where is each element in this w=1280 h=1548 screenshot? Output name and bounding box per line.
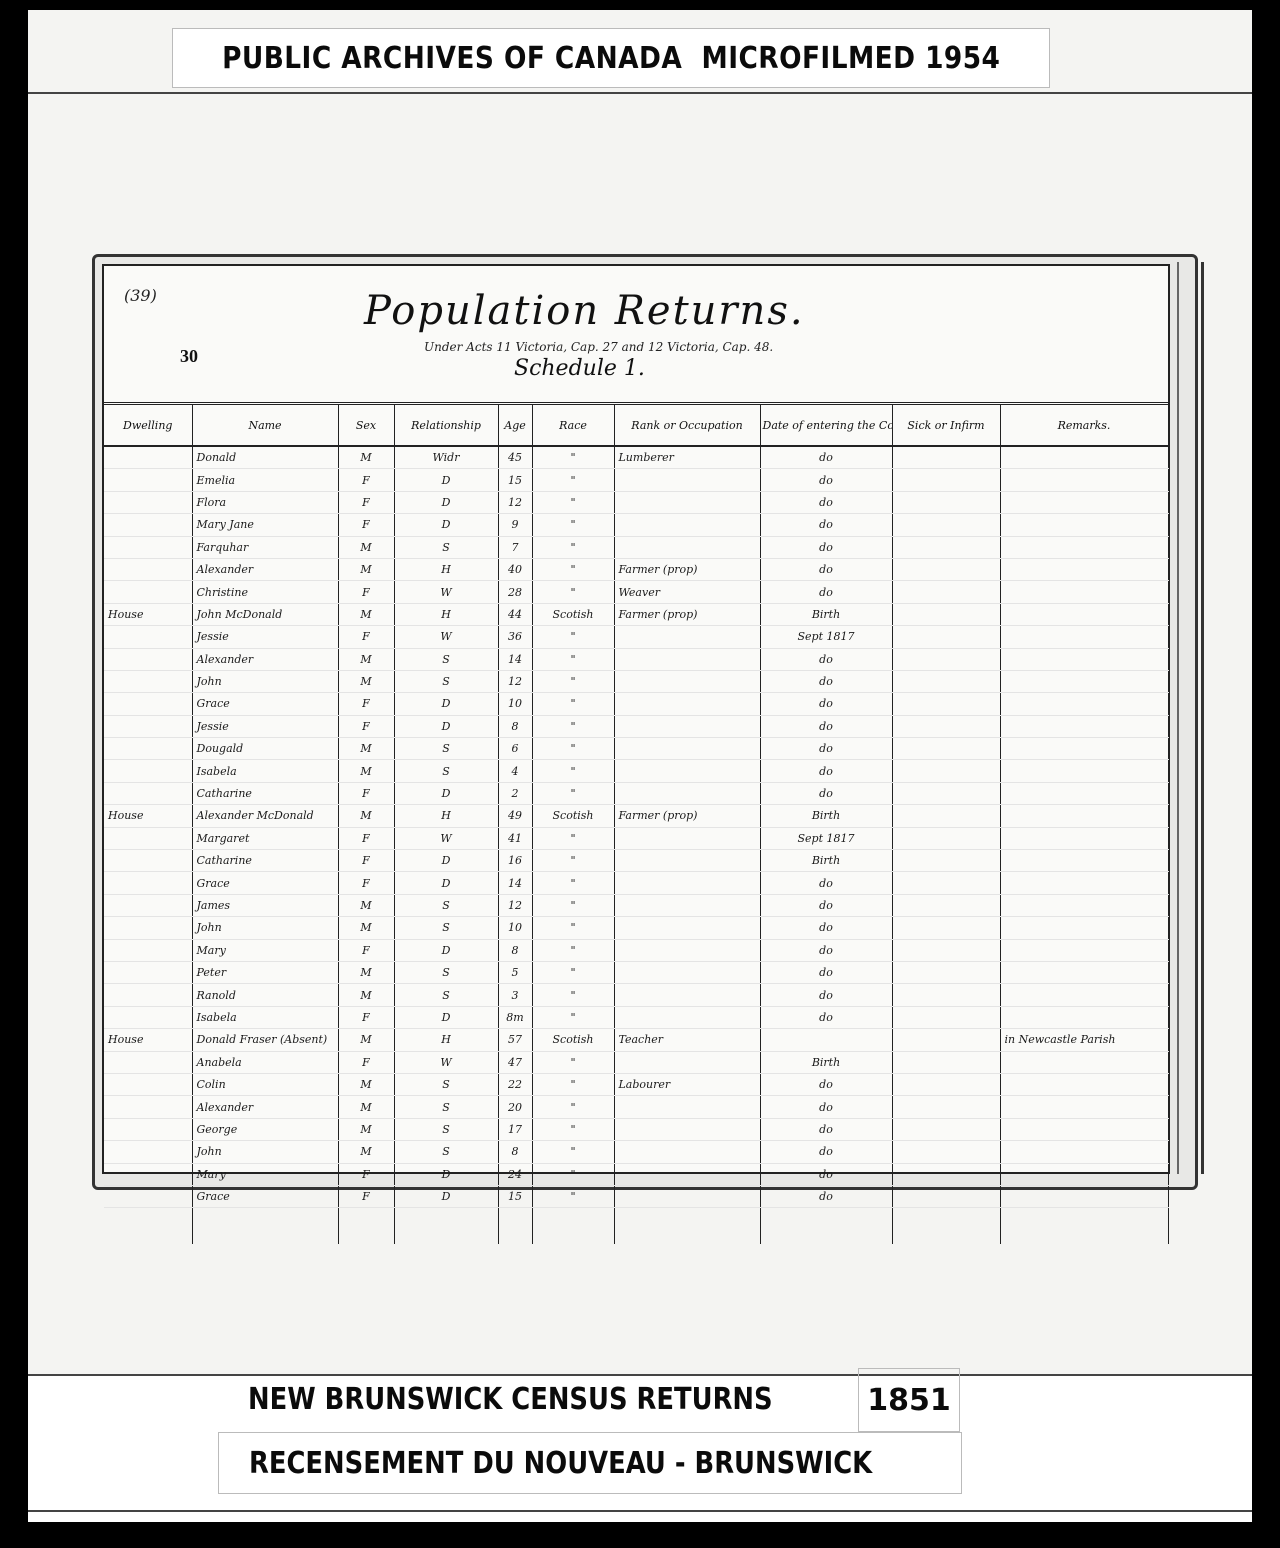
age-cell: 24 <box>498 1163 532 1185</box>
census-title-fr-banner: RECENSEMENT DU NOUVEAU - BRUNSWICK <box>218 1432 962 1494</box>
age-cell: 15 <box>498 1185 532 1207</box>
sick-cell <box>892 872 1000 894</box>
dwelling-cell <box>104 558 192 580</box>
sex-cell: M <box>338 894 394 916</box>
sex-cell: F <box>338 1051 394 1073</box>
name-cell: Donald <box>192 446 338 469</box>
race-cell: " <box>532 1051 614 1073</box>
col-remarks: Remarks. <box>1000 404 1168 447</box>
sick-cell <box>892 917 1000 939</box>
remarks-cell <box>1000 514 1168 536</box>
relationship-cell: D <box>394 693 498 715</box>
table-row: DonaldMWidr45"Lumbererdo <box>104 446 1168 469</box>
date-cell: do <box>760 939 892 961</box>
relationship-cell: D <box>394 939 498 961</box>
dwelling-cell <box>104 782 192 804</box>
sick-cell <box>892 715 1000 737</box>
age-cell: 8 <box>498 939 532 961</box>
dwelling-cell <box>104 1051 192 1073</box>
table-row: MaryFD24"do <box>104 1163 1168 1185</box>
remarks-cell <box>1000 872 1168 894</box>
table-row: JessieFW36"Sept 1817 <box>104 626 1168 648</box>
blank-cell <box>498 1208 532 1245</box>
date-cell: Sept 1817 <box>760 626 892 648</box>
sex-cell: M <box>338 670 394 692</box>
sick-cell <box>892 1073 1000 1095</box>
name-cell: John <box>192 917 338 939</box>
date-cell: Birth <box>760 805 892 827</box>
sick-cell <box>892 984 1000 1006</box>
race-cell: " <box>532 872 614 894</box>
dwelling-cell <box>104 827 192 849</box>
occupation-cell: Farmer (prop) <box>614 603 760 625</box>
page-number: 30 <box>180 346 198 367</box>
age-cell: 28 <box>498 581 532 603</box>
occupation-cell <box>614 648 760 670</box>
sex-cell: M <box>338 984 394 1006</box>
table-row: DougaldMS6"do <box>104 738 1168 760</box>
dwelling-cell <box>104 1141 192 1163</box>
age-cell: 49 <box>498 805 532 827</box>
census-title-banner: NEW BRUNSWICK CENSUS RETURNS 1851 <box>218 1368 932 1430</box>
remarks-cell <box>1000 961 1168 983</box>
blank-cell <box>1000 1208 1168 1245</box>
table-row: GeorgeMS17"do <box>104 1118 1168 1140</box>
date-cell: do <box>760 693 892 715</box>
remarks-cell <box>1000 1141 1168 1163</box>
blank-cell <box>614 1208 760 1245</box>
relationship-cell: D <box>394 872 498 894</box>
sick-cell <box>892 1141 1000 1163</box>
age-cell: 12 <box>498 894 532 916</box>
age-cell: 8 <box>498 1141 532 1163</box>
date-cell: do <box>760 1073 892 1095</box>
dwelling-cell <box>104 693 192 715</box>
sex-cell: F <box>338 514 394 536</box>
remarks-cell <box>1000 603 1168 625</box>
race-cell: " <box>532 1118 614 1140</box>
sex-cell: M <box>338 1073 394 1095</box>
archive-banner: PUBLIC ARCHIVES OF CANADA MICROFILMED 19… <box>172 28 1050 88</box>
col-sex: Sex <box>338 404 394 447</box>
remarks-cell <box>1000 581 1168 603</box>
table-body: DonaldMWidr45"LumbererdoEmeliaFD15"doFlo… <box>104 446 1168 1244</box>
age-cell: 15 <box>498 469 532 491</box>
relationship-cell: S <box>394 1073 498 1095</box>
race-cell: " <box>532 984 614 1006</box>
sex-cell: F <box>338 1185 394 1207</box>
date-cell: do <box>760 469 892 491</box>
sick-cell <box>892 1051 1000 1073</box>
race-cell: " <box>532 1163 614 1185</box>
remarks-cell <box>1000 1096 1168 1118</box>
occupation-cell <box>614 917 760 939</box>
occupation-cell: Farmer (prop) <box>614 805 760 827</box>
sick-cell <box>892 1006 1000 1028</box>
table-row: Mary JaneFD9"do <box>104 514 1168 536</box>
age-cell: 10 <box>498 917 532 939</box>
sex-cell: M <box>338 961 394 983</box>
table-row: ChristineFW28"Weaverdo <box>104 581 1168 603</box>
age-cell: 9 <box>498 514 532 536</box>
occupation-cell: Weaver <box>614 581 760 603</box>
page-subtitle: Under Acts 11 Victoria, Cap. 27 and 12 V… <box>424 340 773 354</box>
date-cell: do <box>760 1163 892 1185</box>
remarks-cell <box>1000 1073 1168 1095</box>
occupation-cell <box>614 939 760 961</box>
race-cell: " <box>532 558 614 580</box>
table-row: CatharineFD16"Birth <box>104 850 1168 872</box>
relationship-cell: D <box>394 1163 498 1185</box>
name-cell: Alexander McDonald <box>192 805 338 827</box>
sex-cell: F <box>338 872 394 894</box>
sick-cell <box>892 1029 1000 1051</box>
remarks-cell <box>1000 738 1168 760</box>
dwelling-cell <box>104 760 192 782</box>
name-cell: Alexander <box>192 648 338 670</box>
remarks-cell <box>1000 805 1168 827</box>
table-row: JessieFD8"do <box>104 715 1168 737</box>
sick-cell <box>892 1096 1000 1118</box>
name-cell: James <box>192 894 338 916</box>
remarks-cell <box>1000 1163 1168 1185</box>
col-sick-infirm: Sick or Infirm <box>892 404 1000 447</box>
dwelling-cell <box>104 1118 192 1140</box>
date-cell: do <box>760 760 892 782</box>
sex-cell: F <box>338 782 394 804</box>
date-cell: do <box>760 1006 892 1028</box>
occupation-cell: Lumberer <box>614 446 760 469</box>
date-cell: do <box>760 670 892 692</box>
date-cell: do <box>760 581 892 603</box>
relationship-cell: S <box>394 1141 498 1163</box>
date-cell: Birth <box>760 850 892 872</box>
sex-cell: M <box>338 446 394 469</box>
occupation-cell <box>614 536 760 558</box>
sick-cell <box>892 961 1000 983</box>
name-cell: Christine <box>192 581 338 603</box>
table-row: AnabelaFW47"Birth <box>104 1051 1168 1073</box>
sex-cell: F <box>338 715 394 737</box>
age-cell: 10 <box>498 693 532 715</box>
age-cell: 8m <box>498 1006 532 1028</box>
archive-banner-text: PUBLIC ARCHIVES OF CANADA MICROFILMED 19… <box>222 41 1000 76</box>
name-cell: John <box>192 670 338 692</box>
divider <box>28 92 1252 94</box>
col-race: Race <box>532 404 614 447</box>
table-row: HouseDonald Fraser (Absent)MH57ScotishTe… <box>104 1029 1168 1051</box>
col-age: Age <box>498 404 532 447</box>
race-cell: " <box>532 894 614 916</box>
occupation-cell <box>614 693 760 715</box>
relationship-cell: D <box>394 514 498 536</box>
remarks-cell <box>1000 850 1168 872</box>
date-cell <box>760 1029 892 1051</box>
blank-cell <box>104 1208 192 1245</box>
race-cell: " <box>532 626 614 648</box>
sex-cell: F <box>338 827 394 849</box>
name-cell: Jessie <box>192 715 338 737</box>
sex-cell: F <box>338 581 394 603</box>
age-cell: 14 <box>498 872 532 894</box>
table-row: IsabelaMS4"do <box>104 760 1168 782</box>
table-row: JohnMS10"do <box>104 917 1168 939</box>
col-name: Name <box>192 404 338 447</box>
relationship-cell: S <box>394 961 498 983</box>
circled-folio-number: (39) <box>124 286 157 305</box>
date-cell: do <box>760 1141 892 1163</box>
occupation-cell: Farmer (prop) <box>614 558 760 580</box>
name-cell: Farquhar <box>192 536 338 558</box>
sick-cell <box>892 603 1000 625</box>
race-cell: " <box>532 782 614 804</box>
sick-cell <box>892 782 1000 804</box>
dwelling-cell: House <box>104 603 192 625</box>
dwelling-cell <box>104 872 192 894</box>
sick-cell <box>892 491 1000 513</box>
age-cell: 7 <box>498 536 532 558</box>
age-cell: 14 <box>498 648 532 670</box>
name-cell: Grace <box>192 693 338 715</box>
race-cell: " <box>532 1185 614 1207</box>
sex-cell: M <box>338 1096 394 1118</box>
sex-cell: M <box>338 1141 394 1163</box>
sex-cell: M <box>338 805 394 827</box>
relationship-cell: D <box>394 850 498 872</box>
name-cell: Donald Fraser (Absent) <box>192 1029 338 1051</box>
remarks-cell <box>1000 1051 1168 1073</box>
relationship-cell: D <box>394 782 498 804</box>
sex-cell: M <box>338 760 394 782</box>
occupation-cell <box>614 514 760 536</box>
occupation-cell <box>614 491 760 513</box>
sick-cell <box>892 536 1000 558</box>
remarks-cell <box>1000 760 1168 782</box>
remarks-cell <box>1000 782 1168 804</box>
relationship-cell: W <box>394 581 498 603</box>
race-cell: " <box>532 693 614 715</box>
remarks-cell <box>1000 827 1168 849</box>
sex-cell: F <box>338 626 394 648</box>
occupation-cell <box>614 984 760 1006</box>
sick-cell <box>892 1185 1000 1207</box>
name-cell: Mary <box>192 1163 338 1185</box>
sick-cell <box>892 738 1000 760</box>
race-cell: " <box>532 670 614 692</box>
occupation-cell <box>614 1185 760 1207</box>
age-cell: 47 <box>498 1051 532 1073</box>
name-cell: John <box>192 1141 338 1163</box>
table-row: HouseJohn McDonaldMH44ScotishFarmer (pro… <box>104 603 1168 625</box>
race-cell: " <box>532 536 614 558</box>
name-cell: Peter <box>192 961 338 983</box>
occupation-cell <box>614 1141 760 1163</box>
age-cell: 20 <box>498 1096 532 1118</box>
table-row: EmeliaFD15"do <box>104 469 1168 491</box>
race-cell: " <box>532 446 614 469</box>
relationship-cell: S <box>394 738 498 760</box>
sex-cell: F <box>338 1163 394 1185</box>
age-cell: 8 <box>498 715 532 737</box>
name-cell: Margaret <box>192 827 338 849</box>
sex-cell: M <box>338 1029 394 1051</box>
sick-cell <box>892 446 1000 469</box>
dwelling-cell: House <box>104 805 192 827</box>
table-row: AlexanderMS14"do <box>104 648 1168 670</box>
name-cell: Mary Jane <box>192 514 338 536</box>
age-cell: 4 <box>498 760 532 782</box>
table-row: JohnMS12"do <box>104 670 1168 692</box>
sick-cell <box>892 514 1000 536</box>
sick-cell <box>892 827 1000 849</box>
race-cell: " <box>532 961 614 983</box>
date-cell: do <box>760 1118 892 1140</box>
relationship-cell: S <box>394 984 498 1006</box>
blank-cell <box>338 1208 394 1245</box>
date-cell: do <box>760 984 892 1006</box>
name-cell: Isabela <box>192 760 338 782</box>
date-cell: do <box>760 1096 892 1118</box>
sick-cell <box>892 1163 1000 1185</box>
occupation-cell <box>614 782 760 804</box>
dwelling-cell <box>104 469 192 491</box>
table-row: GraceFD15"do <box>104 1185 1168 1207</box>
remarks-cell <box>1000 626 1168 648</box>
remarks-cell <box>1000 670 1168 692</box>
name-cell: Catharine <box>192 850 338 872</box>
dwelling-cell <box>104 491 192 513</box>
remarks-cell <box>1000 984 1168 1006</box>
remarks-cell <box>1000 1118 1168 1140</box>
table-row: JamesMS12"do <box>104 894 1168 916</box>
dwelling-cell <box>104 446 192 469</box>
age-cell: 41 <box>498 827 532 849</box>
race-cell: " <box>532 917 614 939</box>
name-cell: Jessie <box>192 626 338 648</box>
census-year: 1851 <box>858 1368 960 1432</box>
name-cell: John McDonald <box>192 603 338 625</box>
dwelling-cell <box>104 894 192 916</box>
dwelling-cell <box>104 850 192 872</box>
sick-cell <box>892 850 1000 872</box>
table-row: ColinMS22"Labourerdo <box>104 1073 1168 1095</box>
race-cell: Scotish <box>532 603 614 625</box>
relationship-cell: S <box>394 1118 498 1140</box>
sick-cell <box>892 469 1000 491</box>
remarks-cell <box>1000 693 1168 715</box>
dwelling-cell <box>104 581 192 603</box>
sex-cell: F <box>338 693 394 715</box>
date-cell: Birth <box>760 603 892 625</box>
sick-cell <box>892 1118 1000 1140</box>
date-cell: do <box>760 894 892 916</box>
sick-cell <box>892 760 1000 782</box>
col-dwelling: Dwelling <box>104 404 192 447</box>
ledger-page: (39) 30 Population Returns. Under Acts 1… <box>102 264 1170 1174</box>
date-cell: Sept 1817 <box>760 827 892 849</box>
dwelling-cell <box>104 917 192 939</box>
race-cell: " <box>532 715 614 737</box>
occupation-cell <box>614 1051 760 1073</box>
relationship-cell: S <box>394 648 498 670</box>
occupation-cell <box>614 827 760 849</box>
sex-cell: M <box>338 1118 394 1140</box>
table-row: MaryFD8"do <box>104 939 1168 961</box>
occupation-cell <box>614 469 760 491</box>
race-cell: " <box>532 850 614 872</box>
dwelling-cell <box>104 961 192 983</box>
name-cell: George <box>192 1118 338 1140</box>
relationship-cell: S <box>394 894 498 916</box>
remarks-cell <box>1000 715 1168 737</box>
date-cell: do <box>760 782 892 804</box>
date-cell: do <box>760 917 892 939</box>
dwelling-cell <box>104 939 192 961</box>
sex-cell: F <box>338 491 394 513</box>
dwelling-cell <box>104 536 192 558</box>
date-cell: do <box>760 558 892 580</box>
remarks-cell <box>1000 939 1168 961</box>
sex-cell: F <box>338 939 394 961</box>
name-cell: Emelia <box>192 469 338 491</box>
name-cell: Isabela <box>192 1006 338 1028</box>
relationship-cell: H <box>394 603 498 625</box>
occupation-cell <box>614 1118 760 1140</box>
table-row: PeterMS5"do <box>104 961 1168 983</box>
sex-cell: M <box>338 536 394 558</box>
dwelling-cell <box>104 1073 192 1095</box>
remarks-cell: in Newcastle Parish <box>1000 1029 1168 1051</box>
dwelling-cell <box>104 715 192 737</box>
age-cell: 2 <box>498 782 532 804</box>
remarks-cell <box>1000 917 1168 939</box>
race-cell: " <box>532 1073 614 1095</box>
sex-cell: M <box>338 738 394 760</box>
remarks-cell <box>1000 1185 1168 1207</box>
relationship-cell: S <box>394 1096 498 1118</box>
race-cell: " <box>532 738 614 760</box>
table-row: JohnMS8"do <box>104 1141 1168 1163</box>
name-cell: Colin <box>192 1073 338 1095</box>
age-cell: 16 <box>498 850 532 872</box>
table-row: MargaretFW41"Sept 1817 <box>104 827 1168 849</box>
blank-cell <box>892 1208 1000 1245</box>
page-title: Population Returns. <box>364 288 805 334</box>
name-cell: Ranold <box>192 984 338 1006</box>
dwelling-cell <box>104 984 192 1006</box>
blank-cell <box>394 1208 498 1245</box>
name-cell: Anabela <box>192 1051 338 1073</box>
relationship-cell: W <box>394 1051 498 1073</box>
sex-cell: M <box>338 648 394 670</box>
occupation-cell <box>614 1006 760 1028</box>
col-date-entering-colony: Date of entering the Colony <box>760 404 892 447</box>
table-header-row: Dwelling Name Sex Relationship Age Race … <box>104 404 1168 447</box>
age-cell: 36 <box>498 626 532 648</box>
relationship-cell: H <box>394 1029 498 1051</box>
occupation-cell <box>614 894 760 916</box>
divider <box>28 1510 1252 1512</box>
sex-cell: F <box>338 850 394 872</box>
age-cell: 12 <box>498 491 532 513</box>
table-row: GraceFD10"do <box>104 693 1168 715</box>
relationship-cell: D <box>394 1006 498 1028</box>
name-cell: Alexander <box>192 1096 338 1118</box>
relationship-cell: W <box>394 626 498 648</box>
relationship-cell: Widr <box>394 446 498 469</box>
relationship-cell: S <box>394 536 498 558</box>
date-cell: do <box>760 872 892 894</box>
